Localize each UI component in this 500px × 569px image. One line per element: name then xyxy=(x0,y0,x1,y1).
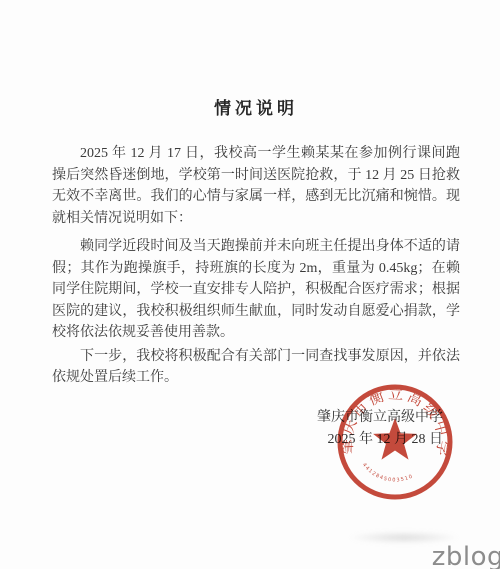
official-seal-stamp: 肇庆市衡立高级中学 4412845003510 xyxy=(333,380,457,504)
seal-star-icon xyxy=(373,418,417,460)
paragraph-details: 赖同学近段时间及当天跑操前并未向班主任提出身体不适的请假；其作为跑操旗手，持班旗… xyxy=(52,236,460,344)
document-page: 情况说明 2025 年 12 月 17 日，我校高一学生赖某某在参加例行课间跑操… xyxy=(0,0,500,569)
document-title: 情况说明 xyxy=(52,94,460,119)
document-body: 2025 年 12 月 17 日，我校高一学生赖某某在参加例行课间跑操后突然昏迷… xyxy=(52,143,460,396)
watermark-label: zblog xyxy=(432,542,500,569)
seal-code-text: 4412845003510 xyxy=(361,462,415,483)
paragraph-intro: 2025 年 12 月 17 日，我校高一学生赖某某在参加例行课间跑操后突然昏迷… xyxy=(52,143,460,229)
